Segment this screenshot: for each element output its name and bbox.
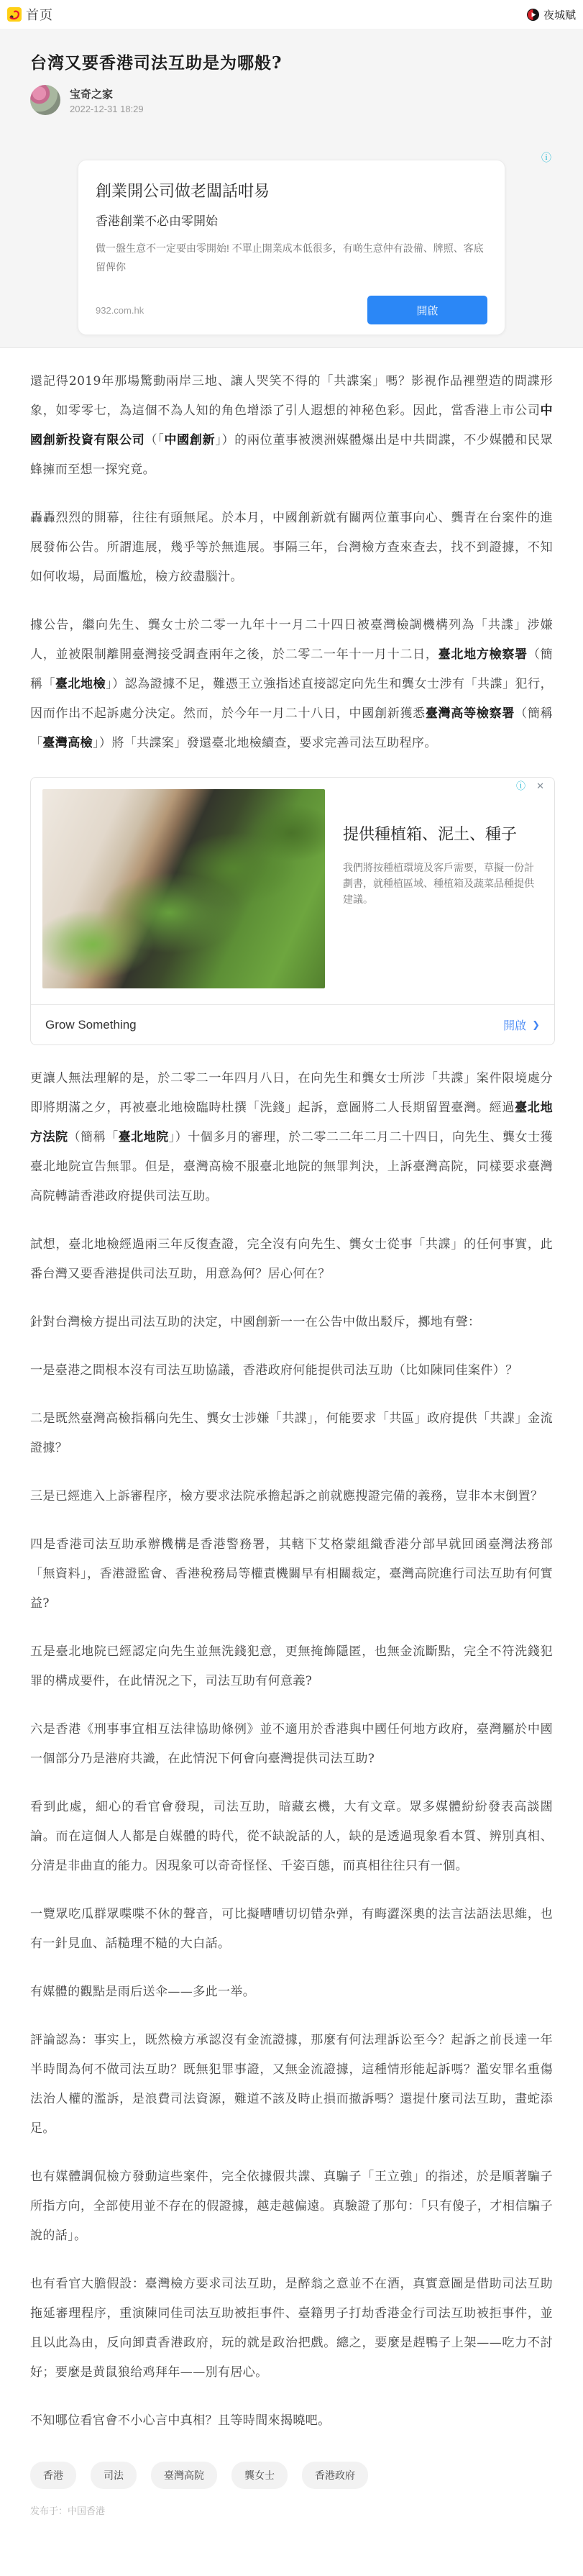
article-part-1: 還記得2019年那場驚動兩岸三地、讓人哭笑不得的「共諜案」嗎？影視作品裡塑造的間… bbox=[30, 367, 553, 758]
article-bold-text: 臺北地方檢察署 bbox=[439, 647, 528, 662]
author-name[interactable]: 宝奇之家 bbox=[70, 86, 144, 101]
ad-content: 提供種植箱、泥土、種子 我們將按種植環境及客戶需要，草擬一份計劃書，就種植區域、… bbox=[42, 789, 543, 988]
ad-info-icon[interactable]: ⓘ bbox=[516, 781, 525, 791]
ad-url: 932.com.hk bbox=[96, 305, 144, 316]
ad-title: 提供種植箱、泥土、種子 bbox=[343, 824, 543, 845]
avatar[interactable] bbox=[30, 85, 60, 115]
article-bold-text: 臺北地檢 bbox=[55, 677, 106, 691]
author-row: 宝奇之家 2022-12-31 18:29 bbox=[30, 85, 553, 115]
article-paragraph: 還記得2019年那場驚動兩岸三地、讓人哭笑不得的「共諜案」嗎？影視作品裡塑造的間… bbox=[30, 367, 553, 485]
home-label: 首页 bbox=[26, 5, 53, 24]
tag-pill[interactable]: 香港政府 bbox=[302, 2462, 368, 2489]
article-part-2: 更讓人無法理解的是，於二零二一年四月八日，在向先生和龔女士所涉「共諜」案件限境處… bbox=[30, 1064, 553, 2436]
article-paragraph: 有媒體的觀點是雨后送伞——多此一举。 bbox=[30, 1977, 553, 2007]
tags-row: 香港司法臺灣高院龔女士香港政府 bbox=[30, 2462, 553, 2489]
site-link[interactable]: 夜城赋 bbox=[527, 7, 576, 22]
ad-title: 創業開公司做老闆話咁易 bbox=[96, 181, 487, 202]
ad-open-link[interactable]: 開啟 ❯ bbox=[503, 1016, 540, 1033]
article-paragraph: 據公告，繼向先生、龔女士於二零一九年十一月二十四日被臺灣檢調機構列為「共諜」涉嫌… bbox=[30, 611, 553, 758]
article-paragraph: 五是臺北地院已經認定向先生並無洗錢犯意，更無掩飾隱匿，也無金流斷點，完全不符洗錢… bbox=[30, 1637, 553, 1696]
article-paragraph: 也有媒體調侃檢方發動這些案件，完全依據假共諜、真騙子「王立強」的指述，於是順著騙… bbox=[30, 2162, 553, 2251]
article-paragraph: 針對台灣檢方提出司法互助的決定，中國創新一一在公告中做出駁斥，擲地有聲： bbox=[30, 1308, 553, 1337]
article-paragraph: 一覽眾吃瓜群眾喋喋不休的聲音，可比擬嘈嘈切切错杂弹，有晦澀深奧的法言法語法思維，… bbox=[30, 1900, 553, 1959]
home-link[interactable]: 首页 bbox=[7, 5, 53, 24]
chevron-right-icon: ❯ bbox=[532, 1019, 540, 1031]
top-bar: 首页 夜城赋 bbox=[0, 0, 583, 29]
article-paragraph: 二是既然臺灣高檢指稱向先生、龔女士涉嫌「共諜」，何能要求「共區」政府提供「共諜」… bbox=[30, 1404, 553, 1463]
article-paragraph: 一是臺港之間根本沒有司法互助協議，香港政府何能提供司法互助（比如陳同佳案件）？ bbox=[30, 1356, 553, 1385]
ad-card-planting[interactable]: ⓘ ✕ 提供種植箱、泥土、種子 我們將按種植環境及客戶需要，草擬一份計劃書，就種… bbox=[30, 777, 555, 1045]
article-paragraph: 也有看官大膽假設：臺灣檢方要求司法互助，是醉翁之意並不在酒，真實意圖是借助司法互… bbox=[30, 2270, 553, 2388]
publish-location: 发布于：中国香港 bbox=[30, 2503, 553, 2517]
article-bold-text: 臺灣高等檢察署 bbox=[426, 706, 515, 721]
page-title: 台湾又要香港司法互助是为哪般? bbox=[30, 52, 553, 75]
tag-pill[interactable]: 司法 bbox=[91, 2462, 137, 2489]
ad-brand: Grow Something bbox=[45, 1018, 137, 1032]
article-paragraph: 看到此處，細心的看官會發現，司法互助，暗藏玄機，大有文章。眾多媒體紛紛發表高談闊… bbox=[30, 1793, 553, 1881]
ad-photo-kale-planters bbox=[42, 789, 325, 988]
ad-body: 我們將按種植環境及客戶需要，草擬一份計劃書，就種植區域、種植箱及蔬菜品種提供建議… bbox=[343, 860, 543, 907]
tag-pill[interactable]: 香港 bbox=[30, 2462, 76, 2489]
article-body: 還記得2019年那場驚動兩岸三地、讓人哭笑不得的「共諜案」嗎？影視作品裡塑造的間… bbox=[0, 367, 583, 2517]
ad-open-label: 開啟 bbox=[503, 1016, 526, 1033]
adchoices-info-icon[interactable]: ⓘ bbox=[541, 153, 551, 163]
site-name: 夜城赋 bbox=[543, 7, 576, 22]
site-logo-icon bbox=[527, 9, 539, 21]
ad-card-business[interactable]: 創業開公司做老闆話咁易 香港創業不必由零開始 做一盤生意不一定要由零開始! 不單… bbox=[78, 160, 505, 335]
article-paragraph: 不知哪位看官會不小心言中真相？且等時間來揭曉吧。 bbox=[30, 2406, 553, 2436]
article-paragraph: 轟轟烈烈的開幕，往往有頭無尾。於本月，中國創新就有關两位董事向心、龔青在台案件的… bbox=[30, 504, 553, 592]
ad-footer-row: Grow Something 開啟 ❯ bbox=[42, 1005, 543, 1034]
article-bold-text: 臺北地院 bbox=[119, 1130, 169, 1144]
tag-pill[interactable]: 臺灣高院 bbox=[151, 2462, 217, 2489]
ad-subtitle: 香港創業不必由零開始 bbox=[96, 211, 487, 229]
article-paragraph: 試想，臺北地檢經過兩三年反復查證，完全沒有向先生、龔女士從事「共諜」的任何事實，… bbox=[30, 1230, 553, 1289]
ad-body: 做一盤生意不一定要由零開始! 不單止開業成本低很多，有啲生意仲有設備、牌照、客底… bbox=[96, 239, 484, 276]
publish-date: 2022-12-31 18:29 bbox=[70, 104, 144, 114]
ad-close-icon[interactable]: ✕ bbox=[536, 781, 544, 791]
ad-footer-row: 932.com.hk 開啟 bbox=[96, 296, 487, 324]
sina-blog-logo-icon bbox=[7, 7, 22, 22]
article-bold-text: 中國創新 bbox=[164, 433, 215, 447]
tag-pill[interactable]: 龔女士 bbox=[231, 2462, 288, 2489]
ad-open-button[interactable]: 開啟 bbox=[367, 296, 487, 324]
article-header: 台湾又要香港司法互助是为哪般? 宝奇之家 2022-12-31 18:29 ⓘ … bbox=[0, 29, 583, 348]
article-paragraph: 六是香港《刑事事宜相互法律協助條例》並不適用於香港與中國任何地方政府，臺灣屬於中… bbox=[30, 1715, 553, 1774]
article-paragraph: 更讓人無法理解的是，於二零二一年四月八日，在向先生和龔女士所涉「共諜」案件限境處… bbox=[30, 1064, 553, 1211]
article-paragraph: 三是已經進入上訴審程序，檢方要求法院承擔起訴之前就應搜證完備的義務，豈非本末倒置… bbox=[30, 1482, 553, 1511]
article-paragraph: 四是香港司法互助承辦機構是香港警務署，其轄下艾格蒙組織香港分部早就回函臺灣法務部… bbox=[30, 1530, 553, 1619]
article-paragraph: 評論認為：事实上，既然檢方承認沒有金流證據，那麼有何法理訴讼至今？起訴之前長達一… bbox=[30, 2026, 553, 2144]
article-bold-text: 臺灣高檢 bbox=[42, 736, 93, 750]
